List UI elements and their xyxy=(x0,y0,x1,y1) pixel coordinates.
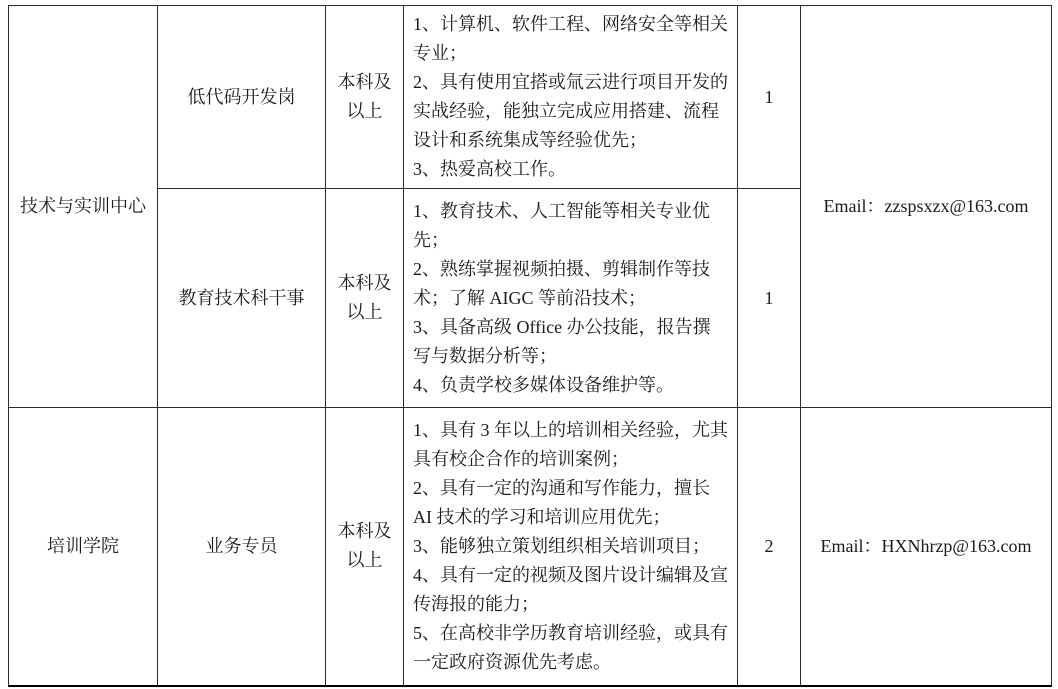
requirement-item: 4、负责学校多媒体设备维护等。 xyxy=(413,371,728,400)
requirement-item: 3、具备高级 Office 办公技能，报告撰写与数据分析等； xyxy=(413,313,728,371)
requirement-item: 2、具有使用宜搭或氚云进行项目开发的实战经验，能独立完成应用搭建、流程设计和系统… xyxy=(413,68,728,155)
recruitment-table: 技术与实训中心 低代码开发岗 本科及以上 1、计算机、软件工程、网络安全等相关专… xyxy=(8,5,1052,687)
requirement-item: 1、计算机、软件工程、网络安全等相关专业； xyxy=(413,10,728,68)
requirements-cell: 1、教育技术、人工智能等相关专业优先； 2、熟练掌握视频拍摄、剪辑制作等技术；了… xyxy=(404,189,738,408)
department-cell: 技术与实训中心 xyxy=(9,6,158,408)
headcount-cell: 1 xyxy=(738,6,801,189)
table-row: 培训学院 业务专员 本科及以上 1、具有 3 年以上的培训相关经验，尤其具有校企… xyxy=(9,408,1052,686)
requirement-item: 5、在高校非学历教育培训经验，或具有一定政府资源优先考虑。 xyxy=(413,619,728,677)
requirements-cell: 1、计算机、软件工程、网络安全等相关专业； 2、具有使用宜搭或氚云进行项目开发的… xyxy=(404,6,738,189)
department-cell: 培训学院 xyxy=(9,408,158,686)
position-cell: 教育技术科干事 xyxy=(158,189,326,408)
table-row: 技术与实训中心 低代码开发岗 本科及以上 1、计算机、软件工程、网络安全等相关专… xyxy=(9,6,1052,189)
requirement-item: 1、教育技术、人工智能等相关专业优先； xyxy=(413,197,728,255)
email-cell: Email：zzspsxzx@163.com xyxy=(801,6,1052,408)
requirements-cell: 1、具有 3 年以上的培训相关经验，尤其具有校企合作的培训案例； 2、具有一定的… xyxy=(404,408,738,686)
requirement-item: 3、热爱高校工作。 xyxy=(413,155,728,184)
requirement-item: 2、熟练掌握视频拍摄、剪辑制作等技术；了解 AIGC 等前沿技术； xyxy=(413,255,728,313)
requirement-item: 2、具有一定的沟通和写作能力，擅长 AI 技术的学习和培训应用优先； xyxy=(413,474,728,532)
position-cell: 低代码开发岗 xyxy=(158,6,326,189)
headcount-cell: 1 xyxy=(738,189,801,408)
requirement-item: 3、能够独立策划组织相关培训项目； xyxy=(413,532,728,561)
requirement-item: 1、具有 3 年以上的培训相关经验，尤其具有校企合作的培训案例； xyxy=(413,416,728,474)
requirement-item: 4、具有一定的视频及图片设计编辑及宣传海报的能力； xyxy=(413,561,728,619)
headcount-cell: 2 xyxy=(738,408,801,686)
page: 技术与实训中心 低代码开发岗 本科及以上 1、计算机、软件工程、网络安全等相关专… xyxy=(0,0,1058,689)
education-cell: 本科及以上 xyxy=(326,408,404,686)
education-cell: 本科及以上 xyxy=(326,189,404,408)
position-cell: 业务专员 xyxy=(158,408,326,686)
education-cell: 本科及以上 xyxy=(326,6,404,189)
email-cell: Email：HXNhrzp@163.com xyxy=(801,408,1052,686)
